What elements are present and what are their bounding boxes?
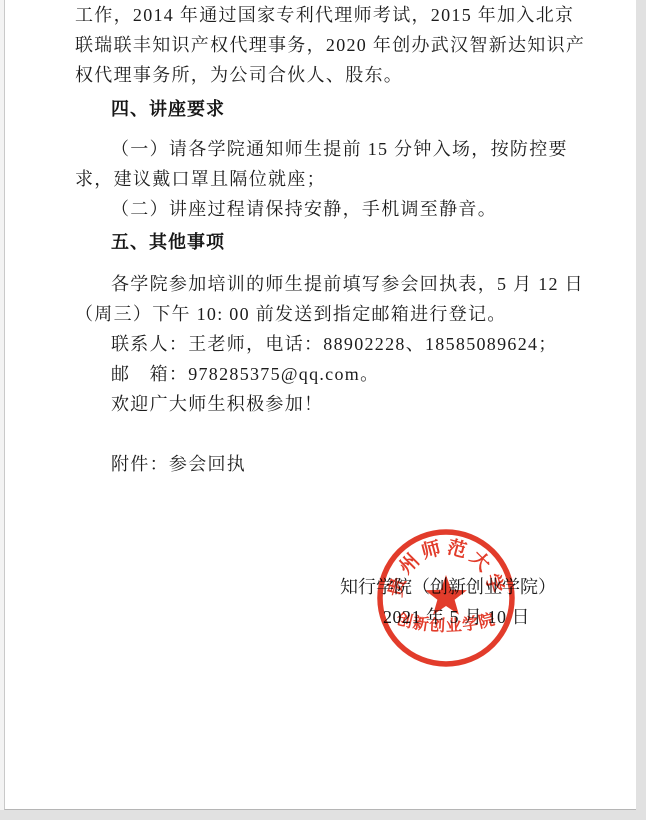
viewer-bottom-gutter [0,810,646,820]
section-five-line: 各学院参加培训的师生提前填写参会回执表，5 月 12 日 [75,269,576,299]
attachment-line: 附件：参会回执 [75,449,576,479]
section-heading-four: 四、讲座要求 [75,94,576,124]
section-five-line: （周三）下午 10: 00 前发送到指定邮箱进行登记。 [75,299,576,329]
star-icon [425,575,467,615]
viewer-right-gutter [636,0,646,820]
seal-department-name: 创新创业学院 [394,609,498,635]
intro-line: 联瑞联丰知识产权代理事务，2020 年创办武汉智新达知识产 [75,30,576,60]
section-heading-five: 五、其他事项 [75,227,576,257]
email-line: 邮 箱：978285375@qq.com。 [75,359,576,389]
document-viewer: 工作，2014 年通过国家专利代理师考试，2015 年加入北京 联瑞联丰知识产权… [0,0,646,820]
contact-line: 联系人：王老师，电话：88902228、18585089624； [75,329,576,359]
section-four-line: （二）讲座过程请保持安静，手机调至静音。 [75,194,576,224]
intro-line: 权代理事务所，为公司合伙人、股东。 [75,60,576,90]
official-seal: 贵州师范大学 创新创业学院 [372,524,520,672]
intro-line: 工作，2014 年通过国家专利代理师考试，2015 年加入北京 [75,0,576,30]
welcome-line: 欢迎广大师生积极参加！ [75,389,576,419]
section-four-line: 求，建议戴口罩且隔位就座； [75,164,576,194]
document-page: 工作，2014 年通过国家专利代理师考试，2015 年加入北京 联瑞联丰知识产权… [4,0,636,810]
section-four-line: （一）请各学院通知师生提前 15 分钟入场，按防控要 [75,134,576,164]
document-body: 工作，2014 年通过国家专利代理师考试，2015 年加入北京 联瑞联丰知识产权… [5,0,636,479]
